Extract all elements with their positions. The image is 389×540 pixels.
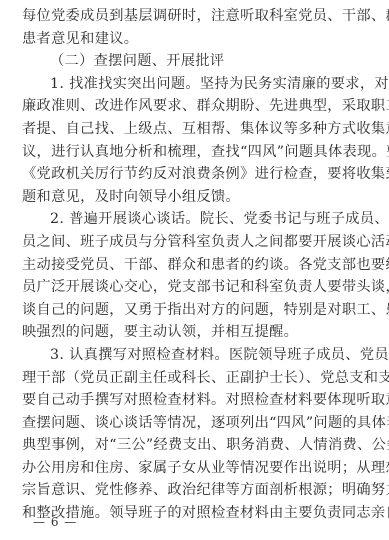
paragraph-start-line: 2. 普遍开展谈心谈话。院长、党委书记与班子成员、班子成	[22, 208, 368, 231]
text-line: 员之间、班子成员与分管科室负责人之间都要开展谈心活动，并	[22, 231, 368, 254]
text-line: 理干部（党员正副主任或科长、正副护士长）、党总支和支部书记	[22, 367, 368, 390]
text-line: 《党政机关厉行节约反对浪费条例》进行检查，要将收集到的问	[22, 163, 368, 186]
page-number: — 6 —	[33, 515, 77, 529]
text-line: 办公用房和住房、家属子女从业等情况要作出说明；从理想信念、	[22, 457, 368, 480]
section-heading: （二）查摆问题、开展批评	[22, 50, 368, 73]
text-line: 谈自己的问题，又勇于指出对方的问题，特别是对职工、患者反	[22, 299, 368, 322]
text-line: 者提、自己找、上级点、互相帮、集体议等多种方式收集意见建	[22, 118, 368, 141]
text-line: 宗旨意识、党性修养、政治纪律等方面剖析根源；明确努力方向	[22, 479, 368, 502]
text-line: 主动接受党员、干部、群众和患者的约谈。各党支部也要组织党	[22, 254, 368, 277]
text-line: 员广泛开展谈心交心，党支部书记和科室负责人要带头谈，既要	[22, 276, 368, 299]
text-line: 议，进行认真地分析和梳理，查找“四风”问题具体表现。要对照	[22, 141, 368, 164]
text-line: 患者意见和建议。	[22, 28, 368, 51]
text-line: 典型事例，对“三公”经费支出、职务消费、人情消费、公务用车、	[22, 434, 368, 457]
paragraph-start-line: 3. 认真撰写对照检查材料。医院领导班子成员、党员中层管	[22, 344, 368, 367]
paragraph-start-line: 1. 找准找实突出问题。坚持为民务实清廉的要求，对照党章、	[22, 73, 368, 96]
text-line: 映强烈的问题，要主动认领，并相互提醒。	[22, 321, 368, 344]
text-line: 要自己动手撰写对照检查材料。对照检查材料要体现听取意见、	[22, 389, 368, 412]
text-line: 每位党委成员到基层调研时，注意听取科室党员、干部、群众和	[22, 5, 368, 28]
text-line: 题和意见，及时向领导小组反馈。	[22, 186, 368, 209]
text-line: 廉政准则、改进作风要求、群众期盼、先进典型，采取职工和患	[22, 95, 368, 118]
text-line: 查摆问题、谈心谈话等情况，逐项列出“四风”问题的具体表现、	[22, 412, 368, 435]
document-page: 每位党委成员到基层调研时，注意听取科室党员、干部、群众和 患者意见和建议。 （二…	[22, 5, 368, 525]
